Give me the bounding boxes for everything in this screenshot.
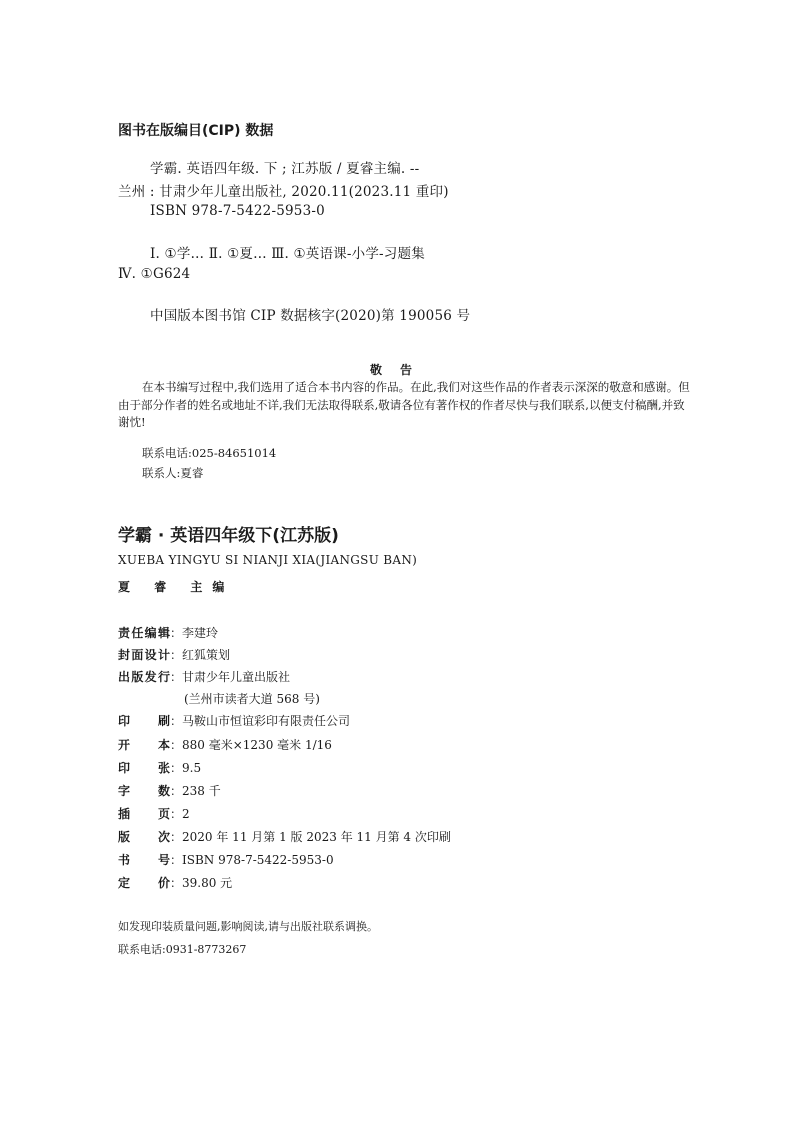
credit-row-sheets: 印张：9.5 (118, 759, 201, 776)
credit-row-cover-design: 封面设计：红狐策划 (118, 646, 230, 663)
cip-line-class-code: Ⅳ. ①G624 (118, 266, 190, 282)
credit-row-price: 定价：39.80 元 (118, 874, 232, 891)
cip-line-classification: Ⅰ. ①学… Ⅱ. ①夏… Ⅲ. ①英语课-小学-习题集 (150, 242, 425, 262)
cip-heading: 图书在版编目(CIP) 数据 (118, 120, 273, 140)
quality-notice: 如发现印装质量问题,影响阅读,请与出版社联系调换。 (118, 918, 378, 934)
cip-line-publisher: 兰州 : 甘肃少年儿童出版社, 2020.11(2023.11 重印) (118, 180, 449, 200)
notice-title: 敬告 (0, 361, 800, 378)
credit-row-responsible-editor: 责任编辑：李建玲 (118, 624, 218, 641)
credit-row-isbn: 书号：ISBN 978-7-5422-5953-0 (118, 851, 334, 868)
cip-line-title: 学霸. 英语四年级. 下 ; 江苏版 / 夏睿主编. -- (150, 157, 419, 177)
cip-line-isbn: ISBN 978-7-5422-5953-0 (150, 203, 325, 219)
book-title: 学霸 · 英语四年级下(江苏版) (118, 521, 339, 546)
credit-row-printer: 印刷：马鞍山市恒谊彩印有限责任公司 (118, 712, 350, 729)
credit-row-edition: 版次：2020 年 11 月第 1 版 2023 年 11 月第 4 次印刷 (118, 828, 451, 845)
credit-row-inserts: 插页：2 (118, 805, 190, 822)
credit-row-format: 开本：880 毫米×1230 毫米 1/16 (118, 736, 332, 753)
credit-row-word-count: 字数：238 千 (118, 782, 221, 799)
notice-phone: 联系电话:025-84651014 (142, 445, 276, 461)
credit-row-publisher-address: (兰州市读者大道 568 号) (184, 690, 320, 707)
notice-body: 在本书编写过程中,我们选用了适合本书内容的作品。在此,我们对这些作品的作者表示深… (118, 379, 690, 432)
credit-row-publisher: 出版发行：甘肃少年儿童出版社 (118, 668, 290, 685)
book-pinyin-title: XUEBA YINGYU SI NIANJI XIA(JIANGSU BAN) (118, 553, 417, 567)
publisher-phone: 联系电话:0931-8773267 (118, 941, 246, 957)
notice-contact-person: 联系人:夏睿 (142, 465, 203, 481)
book-editor: 夏 睿 主编 (118, 578, 234, 595)
cip-line-approval-number: 中国版本图书馆 CIP 数据核字(2020)第 190056 号 (150, 304, 470, 324)
